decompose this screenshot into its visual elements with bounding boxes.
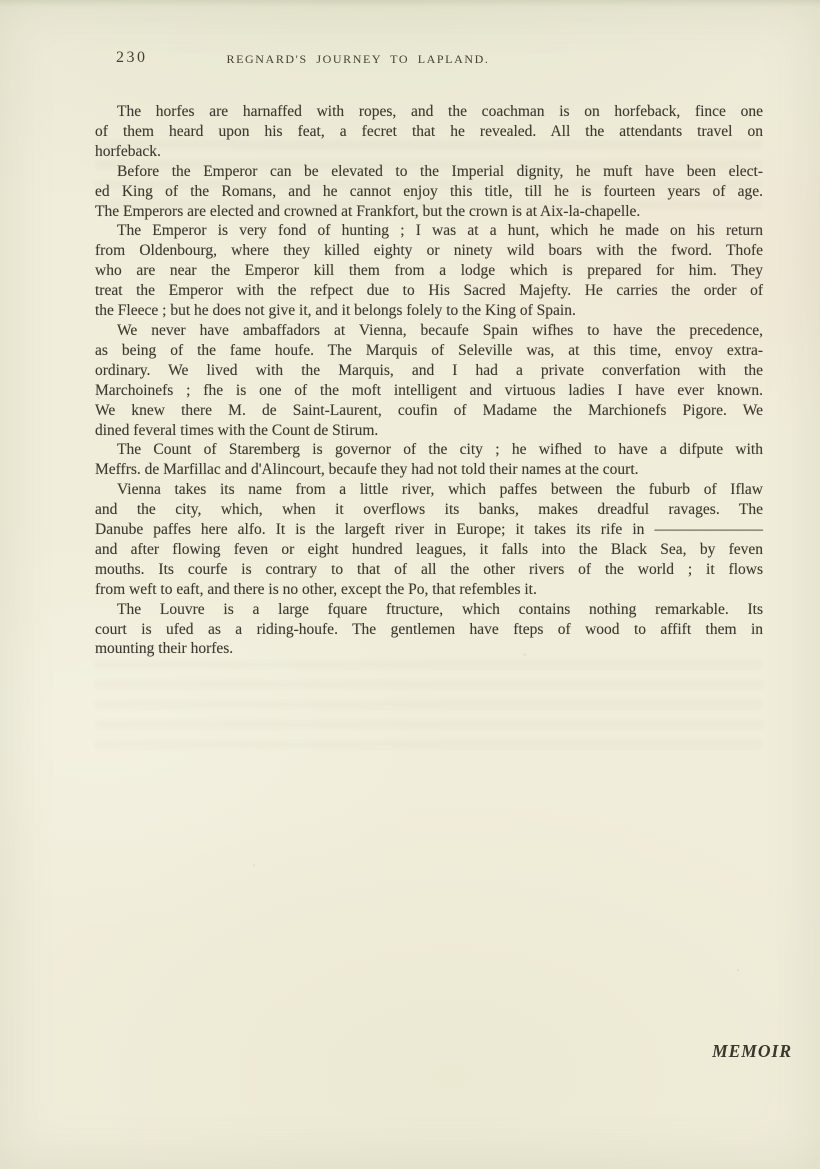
paragraph: The Count of Staremberg is governor of t… [95,440,763,480]
text-line: dined feveral times with the Count de St… [95,421,763,441]
text-line: We knew there M. de Saint-Laurent, coufi… [95,401,763,421]
paragraph: The Emperor is very fond of hunting ; I … [95,221,763,321]
text-line: court is ufed as a riding-houfe. The gen… [95,620,763,640]
text-line: Before the Emperor can be elevated to th… [95,162,763,182]
text-block: The horfes are harnaffed with ropes, and… [95,102,763,659]
text-line: Meffrs. de Marfillac and d'Alincourt, be… [95,460,763,480]
text-line: The Emperor is very fond of hunting ; I … [95,221,763,241]
show-through-ghost [95,660,763,750]
text-line: treat the Emperor with the refpect due t… [95,281,763,301]
text-line: The Louvre is a large fquare ftructure, … [95,600,763,620]
text-line: We never have ambaffadors at Vienna, bec… [95,321,763,341]
paragraph: Before the Emperor can be elevated to th… [95,162,763,222]
text-line: ed King of the Romans, and he cannot enj… [95,182,763,202]
text-line: as being of the fame houfe. The Marquis … [95,341,763,361]
text-line: from weft to eaft, and there is no other… [95,580,763,600]
text-line: The Emperors are elected and crowned at … [95,202,763,222]
text-line: mouths. Its courfe is contrary to that o… [95,560,763,580]
text-line: who are near the Emperor kill them from … [95,261,763,281]
text-line: ordinary. We lived with the Marquis, and… [95,361,763,381]
text-line: Danube paffes here alfo. It is the large… [95,520,763,540]
text-line: and after flowing feven or eight hundred… [95,540,763,560]
text-line: The Count of Staremberg is governor of t… [95,440,763,460]
paragraph: The Louvre is a large fquare ftructure, … [95,600,763,660]
page-header: 230 REGNARD'S JOURNEY TO LAPLAND. [0,0,820,80]
running-title: REGNARD'S JOURNEY TO LAPLAND. [226,52,489,67]
text-line: Vienna takes its name from a little rive… [95,480,763,500]
paragraph: The horfes are harnaffed with ropes, and… [95,102,763,162]
text-line: The horfes are harnaffed with ropes, and… [95,102,763,122]
text-line: horfeback. [95,142,763,162]
text-line: the Fleece ; but he does not give it, an… [95,301,763,321]
text-line: mounting their horfes. [95,639,763,659]
book-page: 230 REGNARD'S JOURNEY TO LAPLAND. The ho… [0,0,820,1169]
text-line: from Oldenbourg, where they killed eight… [95,241,763,261]
page-number: 230 [116,49,148,67]
paragraph: We never have ambaffadors at Vienna, bec… [95,321,763,440]
text-line: of them heard upon his feat, a fecret th… [95,122,763,142]
catchword: MEMOIR [712,1041,792,1062]
text-line: and the city, which, when it overflows i… [95,500,763,520]
paragraph: Vienna takes its name from a little rive… [95,480,763,599]
text-line: Marchoinefs ; fhe is one of the moft int… [95,381,763,401]
